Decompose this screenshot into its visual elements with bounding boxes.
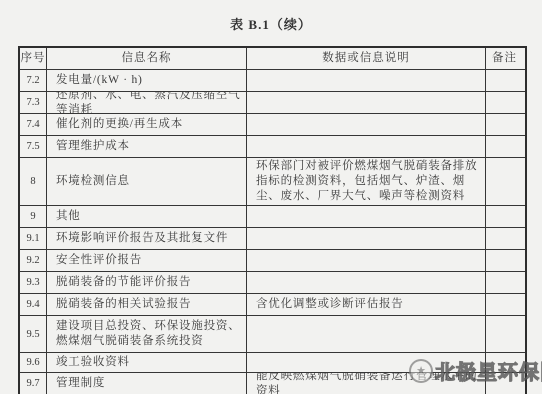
row-number: 7.3 — [20, 92, 47, 113]
info-name: 其他 — [47, 206, 247, 227]
row-number: 9.5 — [20, 316, 47, 352]
remark-cell — [486, 250, 523, 271]
remark-cell — [486, 353, 523, 372]
info-desc — [247, 92, 486, 113]
table-row: 9.5 建设项目总投资、环保设施投资、燃煤烟气脱硝装备系统投资 — [20, 316, 525, 353]
table-row: 9.7 管理制度 能反映燃煤烟气脱硝装备运行管理水平的资料 — [20, 373, 525, 394]
table-row: 9 其他 — [20, 206, 525, 228]
info-desc — [247, 353, 486, 372]
table-row: 7.3 还原剂、水、电、蒸汽及压缩空气等消耗 — [20, 92, 525, 114]
info-name: 发电量/(kW · h) — [47, 70, 247, 91]
row-number: 7.2 — [20, 70, 47, 91]
info-name: 催化剂的更换/再生成本 — [47, 114, 247, 135]
table-row: 9.2 安全性评价报告 — [20, 250, 525, 272]
table-title: 表 B.1（续） — [0, 14, 542, 33]
remark-cell — [486, 70, 523, 91]
info-name: 管理制度 — [47, 373, 247, 394]
info-desc — [247, 136, 486, 157]
remark-cell — [486, 92, 523, 113]
info-desc: 能反映燃煤烟气脱硝装备运行管理水平的资料 — [247, 373, 486, 394]
table-row: 7.5 管理维护成本 — [20, 136, 525, 158]
row-number: 9.7 — [20, 373, 47, 394]
row-number: 7.5 — [20, 136, 47, 157]
info-name: 安全性评价报告 — [47, 250, 247, 271]
info-desc — [247, 250, 486, 271]
row-number: 7.4 — [20, 114, 47, 135]
row-number: 9.2 — [20, 250, 47, 271]
info-desc — [247, 206, 486, 227]
row-number: 9.1 — [20, 228, 47, 249]
info-name: 竣工验收资料 — [47, 353, 247, 372]
row-number: 8 — [20, 158, 47, 205]
header-no: 序号 — [20, 48, 47, 69]
table-header-row: 序号 信息名称 数据或信息说明 备注 — [20, 48, 525, 70]
info-desc — [247, 70, 486, 91]
info-desc — [247, 228, 486, 249]
row-number: 9.6 — [20, 353, 47, 372]
info-desc — [247, 114, 486, 135]
header-remark: 备注 — [486, 48, 523, 69]
info-name: 环境检测信息 — [47, 158, 247, 205]
table-row: 7.2 发电量/(kW · h) — [20, 70, 525, 92]
table-row: 9.4 脱硝装备的相关试验报告 含优化调整或诊断评估报告 — [20, 294, 525, 316]
info-desc: 含优化调整或诊断评估报告 — [247, 294, 486, 315]
remark-cell — [486, 272, 523, 293]
remark-cell — [486, 158, 523, 205]
info-name: 管理维护成本 — [47, 136, 247, 157]
table-row: 9.6 竣工验收资料 — [20, 353, 525, 373]
row-number: 9.4 — [20, 294, 47, 315]
info-name: 脱硝装备的相关试验报告 — [47, 294, 247, 315]
data-table: 序号 信息名称 数据或信息说明 备注 7.2 发电量/(kW · h) 7.3 … — [18, 46, 527, 394]
row-number: 9 — [20, 206, 47, 227]
remark-cell — [486, 228, 523, 249]
table-row: 9.1 环境影响评价报告及其批复文件 — [20, 228, 525, 250]
info-desc — [247, 316, 486, 352]
remark-cell — [486, 316, 523, 352]
remark-cell — [486, 114, 523, 135]
row-number: 9.3 — [20, 272, 47, 293]
info-name: 环境影响评价报告及其批复文件 — [47, 228, 247, 249]
table-row: 8 环境检测信息 环保部门对被评价燃煤烟气脱硝装备排放指标的检测资料，包括烟气、… — [20, 158, 525, 206]
remark-cell — [486, 206, 523, 227]
info-desc: 环保部门对被评价燃煤烟气脱硝装备排放指标的检测资料，包括烟气、炉渣、烟尘、废水、… — [247, 158, 486, 205]
remark-cell — [486, 136, 523, 157]
remark-cell — [486, 373, 523, 394]
info-name: 还原剂、水、电、蒸汽及压缩空气等消耗 — [47, 92, 247, 113]
header-description: 数据或信息说明 — [247, 48, 486, 69]
table-row: 9.3 脱硝装备的节能评价报告 — [20, 272, 525, 294]
info-name: 建设项目总投资、环保设施投资、燃煤烟气脱硝装备系统投资 — [47, 316, 247, 352]
header-info-name: 信息名称 — [47, 48, 247, 69]
info-desc — [247, 272, 486, 293]
info-name: 脱硝装备的节能评价报告 — [47, 272, 247, 293]
table-row: 7.4 催化剂的更换/再生成本 — [20, 114, 525, 136]
remark-cell — [486, 294, 523, 315]
